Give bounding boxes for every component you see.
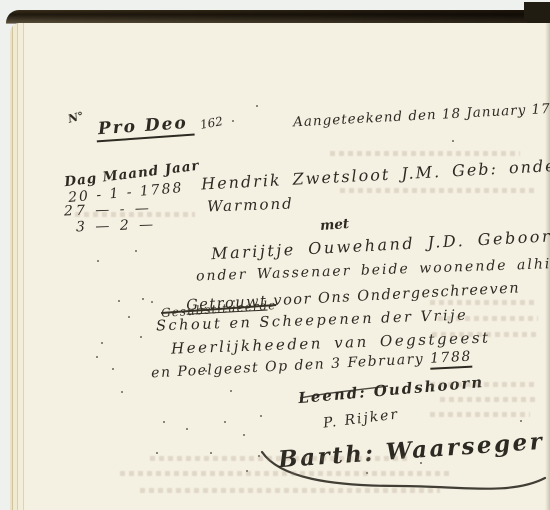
bleed-through-line	[75, 212, 195, 217]
scanned-register-photo: { "page": { "description": "Scanned page…	[0, 0, 550, 510]
book-cover-edge	[6, 10, 550, 23]
bleed-through-line	[150, 456, 410, 461]
bleed-through-line	[120, 471, 450, 476]
bleed-through-line	[330, 151, 520, 156]
bleed-through-line	[140, 488, 440, 493]
groom-place: Warmond	[207, 194, 294, 215]
bleed-through-line	[438, 316, 538, 321]
ink-specks	[0, 0, 2, 2]
bleed-through-line	[430, 412, 530, 417]
page-edge-stack	[10, 23, 30, 510]
bleed-through-line	[430, 382, 538, 387]
bleed-through-line	[432, 332, 537, 337]
bleed-through-line	[440, 397, 535, 402]
bleed-through-line	[340, 188, 535, 193]
marriage-year: 1788	[430, 349, 473, 370]
date-row: 3 — 2 —	[76, 217, 157, 236]
book-cover-corner	[524, 2, 550, 23]
connector-word: met	[319, 216, 349, 234]
bleed-through-line	[430, 300, 538, 305]
